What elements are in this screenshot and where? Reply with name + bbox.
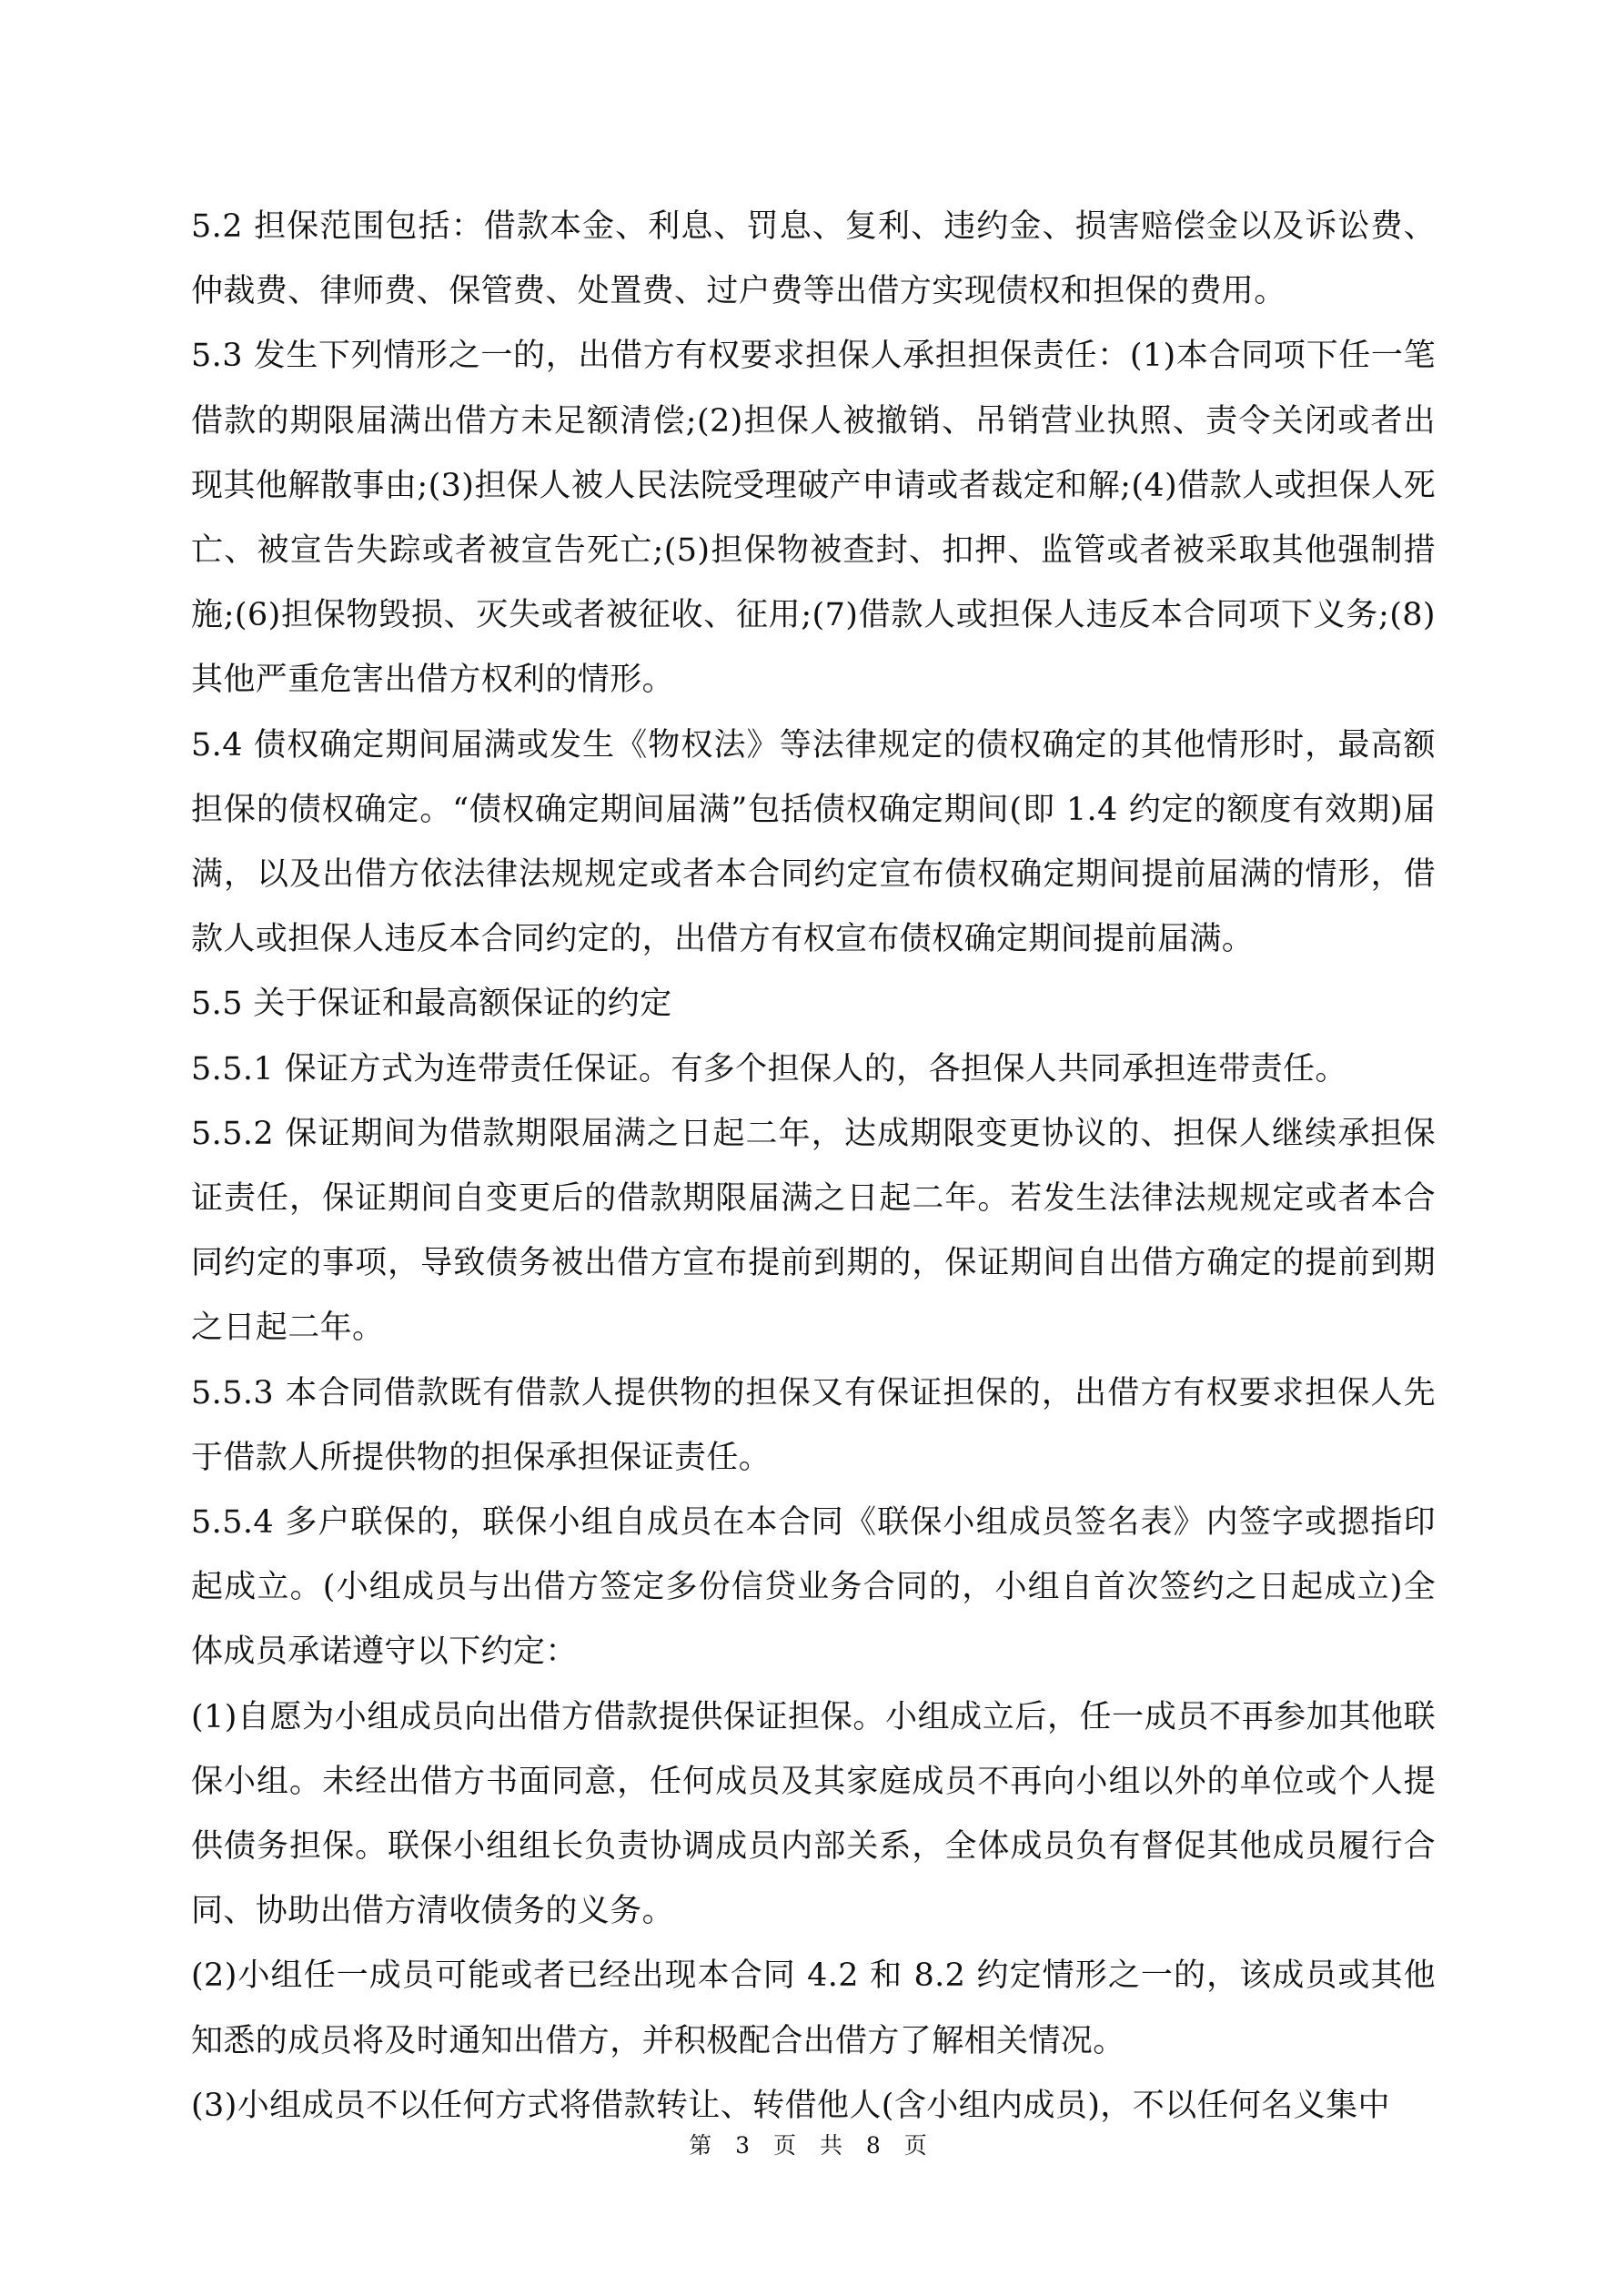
document-body: 5.2 担保范围包括：借款本金、利息、罚息、复利、违约金、损害赔偿金以及诉讼费、… [191, 195, 1436, 2139]
clause-5-5-3: 5.5.3 本合同借款既有借款人提供物的担保又有保证担保的，出借方有权要求担保人… [191, 1361, 1436, 1491]
clause-5-5-2: 5.5.2 保证期间为借款期限届满之日起二年，达成期限变更协议的、担保人继续承担… [191, 1102, 1436, 1361]
clause-5-5-4: 5.5.4 多户联保的，联保小组自成员在本合同《联保小组成员签名表》内签字或摁指… [191, 1491, 1436, 1685]
clause-5-5-heading: 5.5 关于保证和最高额保证的约定 [191, 972, 1436, 1037]
clause-5-2: 5.2 担保范围包括：借款本金、利息、罚息、复利、违约金、损害赔偿金以及诉讼费、… [191, 195, 1436, 324]
page-number-footer: 第 3 页 共 8 页 [0, 2128, 1624, 2160]
clause-5-5-1: 5.5.1 保证方式为连带责任保证。有多个担保人的，各担保人共同承担连带责任。 [191, 1037, 1436, 1102]
clause-5-5-4-item-2: (2)小组任一成员可能或者已经出现本合同 4.2 和 8.2 约定情形之一的，该… [191, 1944, 1436, 2073]
clause-5-3: 5.3 发生下列情形之一的，出借方有权要求担保人承担担保责任：(1)本合同项下任… [191, 324, 1436, 713]
clause-5-5-4-item-1: (1)自愿为小组成员向出借方借款提供保证担保。小组成立后，任一成员不再参加其他联… [191, 1685, 1436, 1945]
clause-5-4: 5.4 债权确定期间届满或发生《物权法》等法律规定的债权确定的其他情形时，最高额… [191, 713, 1436, 973]
